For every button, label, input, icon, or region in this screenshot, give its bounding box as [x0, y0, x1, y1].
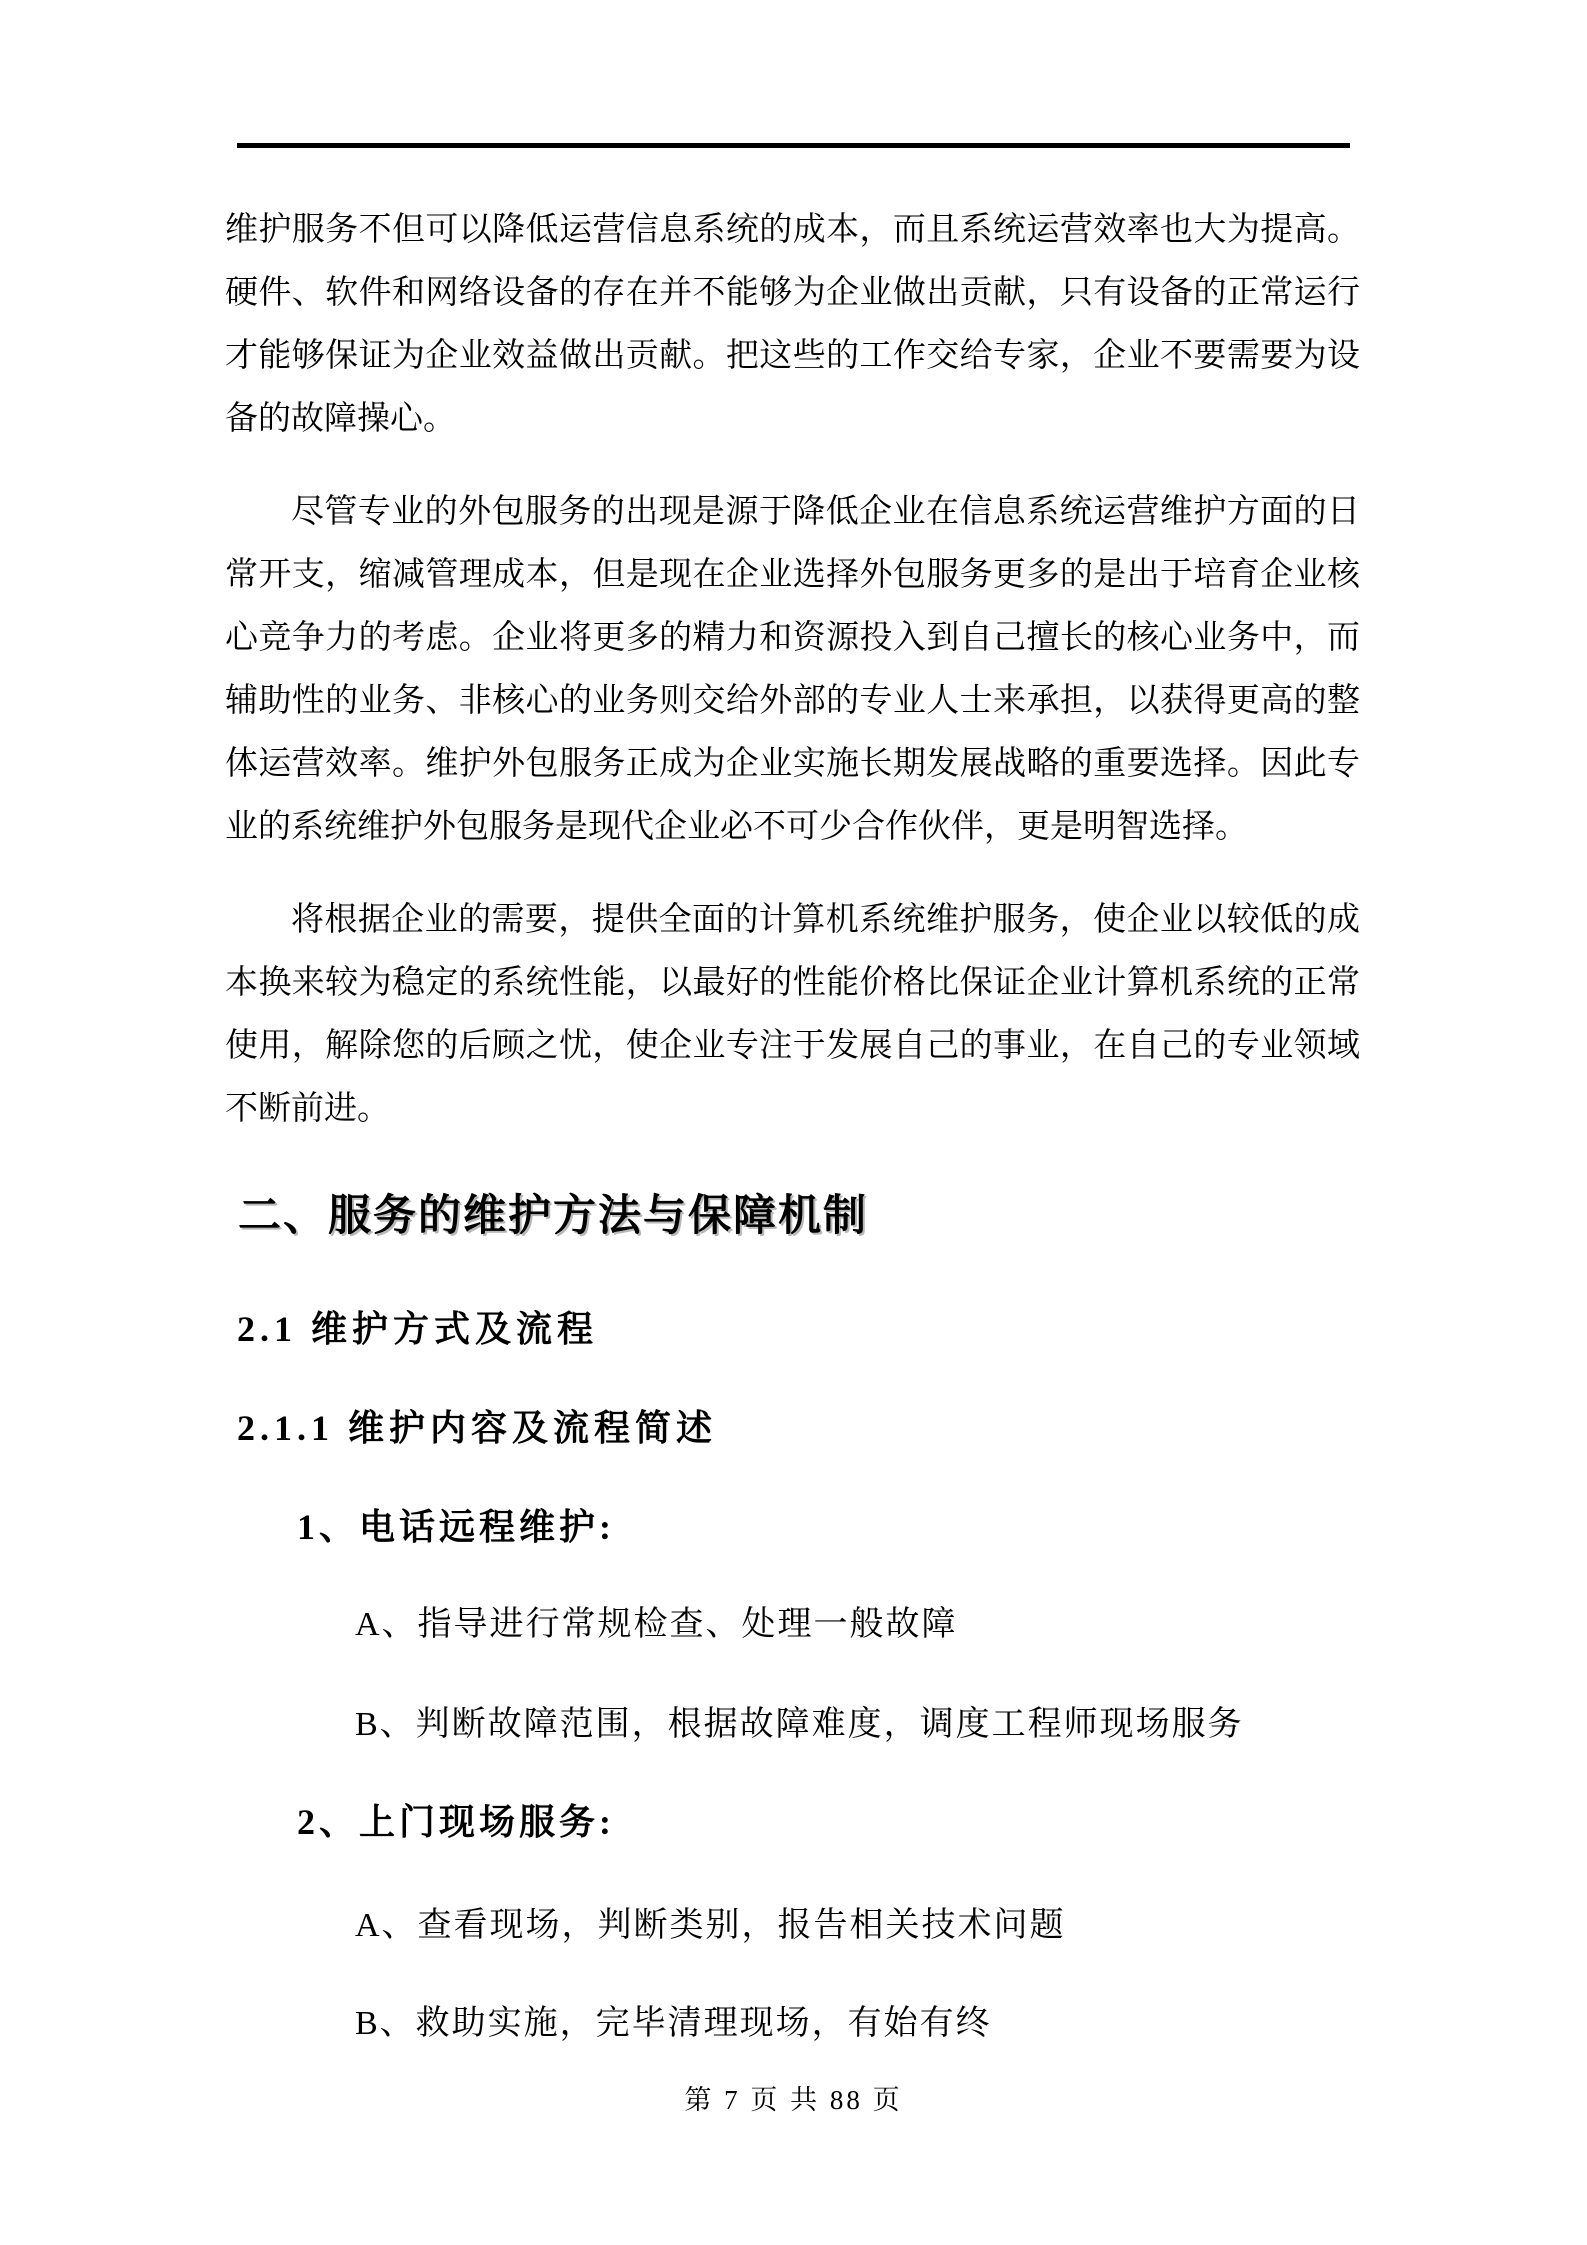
list-subitem-2a: A、查看现场，判断类别，报告相关技术问题	[355, 1905, 1360, 1947]
body-paragraph-2: 尽管专业的外包服务的出现是源于降低企业在信息系统运营维护方面的日常开支，缩减管理…	[225, 481, 1360, 859]
subsection-heading-2-1: 2.1 维护方式及流程	[237, 1308, 1360, 1350]
document-page: 维护服务不但可以降低运营信息系统的成本，而且系统运营效率也大为提高。硬件、软件和…	[0, 0, 1587, 2245]
list-subitem-1b: B、判断故障范围，根据故障难度，调度工程师现场服务	[355, 1704, 1360, 1746]
list-subitem-1a: A、指导进行常规检查、处理一般故障	[355, 1604, 1360, 1646]
document-content: 维护服务不但可以降低运营信息系统的成本，而且系统运营效率也大为提高。硬件、软件和…	[225, 0, 1360, 2045]
section-heading: 二、服务的维护方法与保障机制	[238, 1190, 1360, 1242]
list-item-2-label: 2、上门现场服务:	[297, 1801, 1360, 1843]
list-item-1-label: 1、电话远程维护:	[297, 1506, 1360, 1548]
body-paragraph-1: 维护服务不但可以降低运营信息系统的成本，而且系统运营效率也大为提高。硬件、软件和…	[225, 199, 1360, 451]
subsection-heading-2-1-1: 2.1.1 维护内容及流程简述	[237, 1407, 1360, 1449]
list-subitem-2b: B、救助实施，完毕清理现场，有始有终	[355, 2003, 1360, 2045]
page-footer: 第 7 页 共 88 页	[0, 2083, 1587, 2117]
body-paragraph-3: 将根据企业的需要，提供全面的计算机系统维护服务，使企业以较低的成本换来较为稳定的…	[225, 889, 1360, 1141]
